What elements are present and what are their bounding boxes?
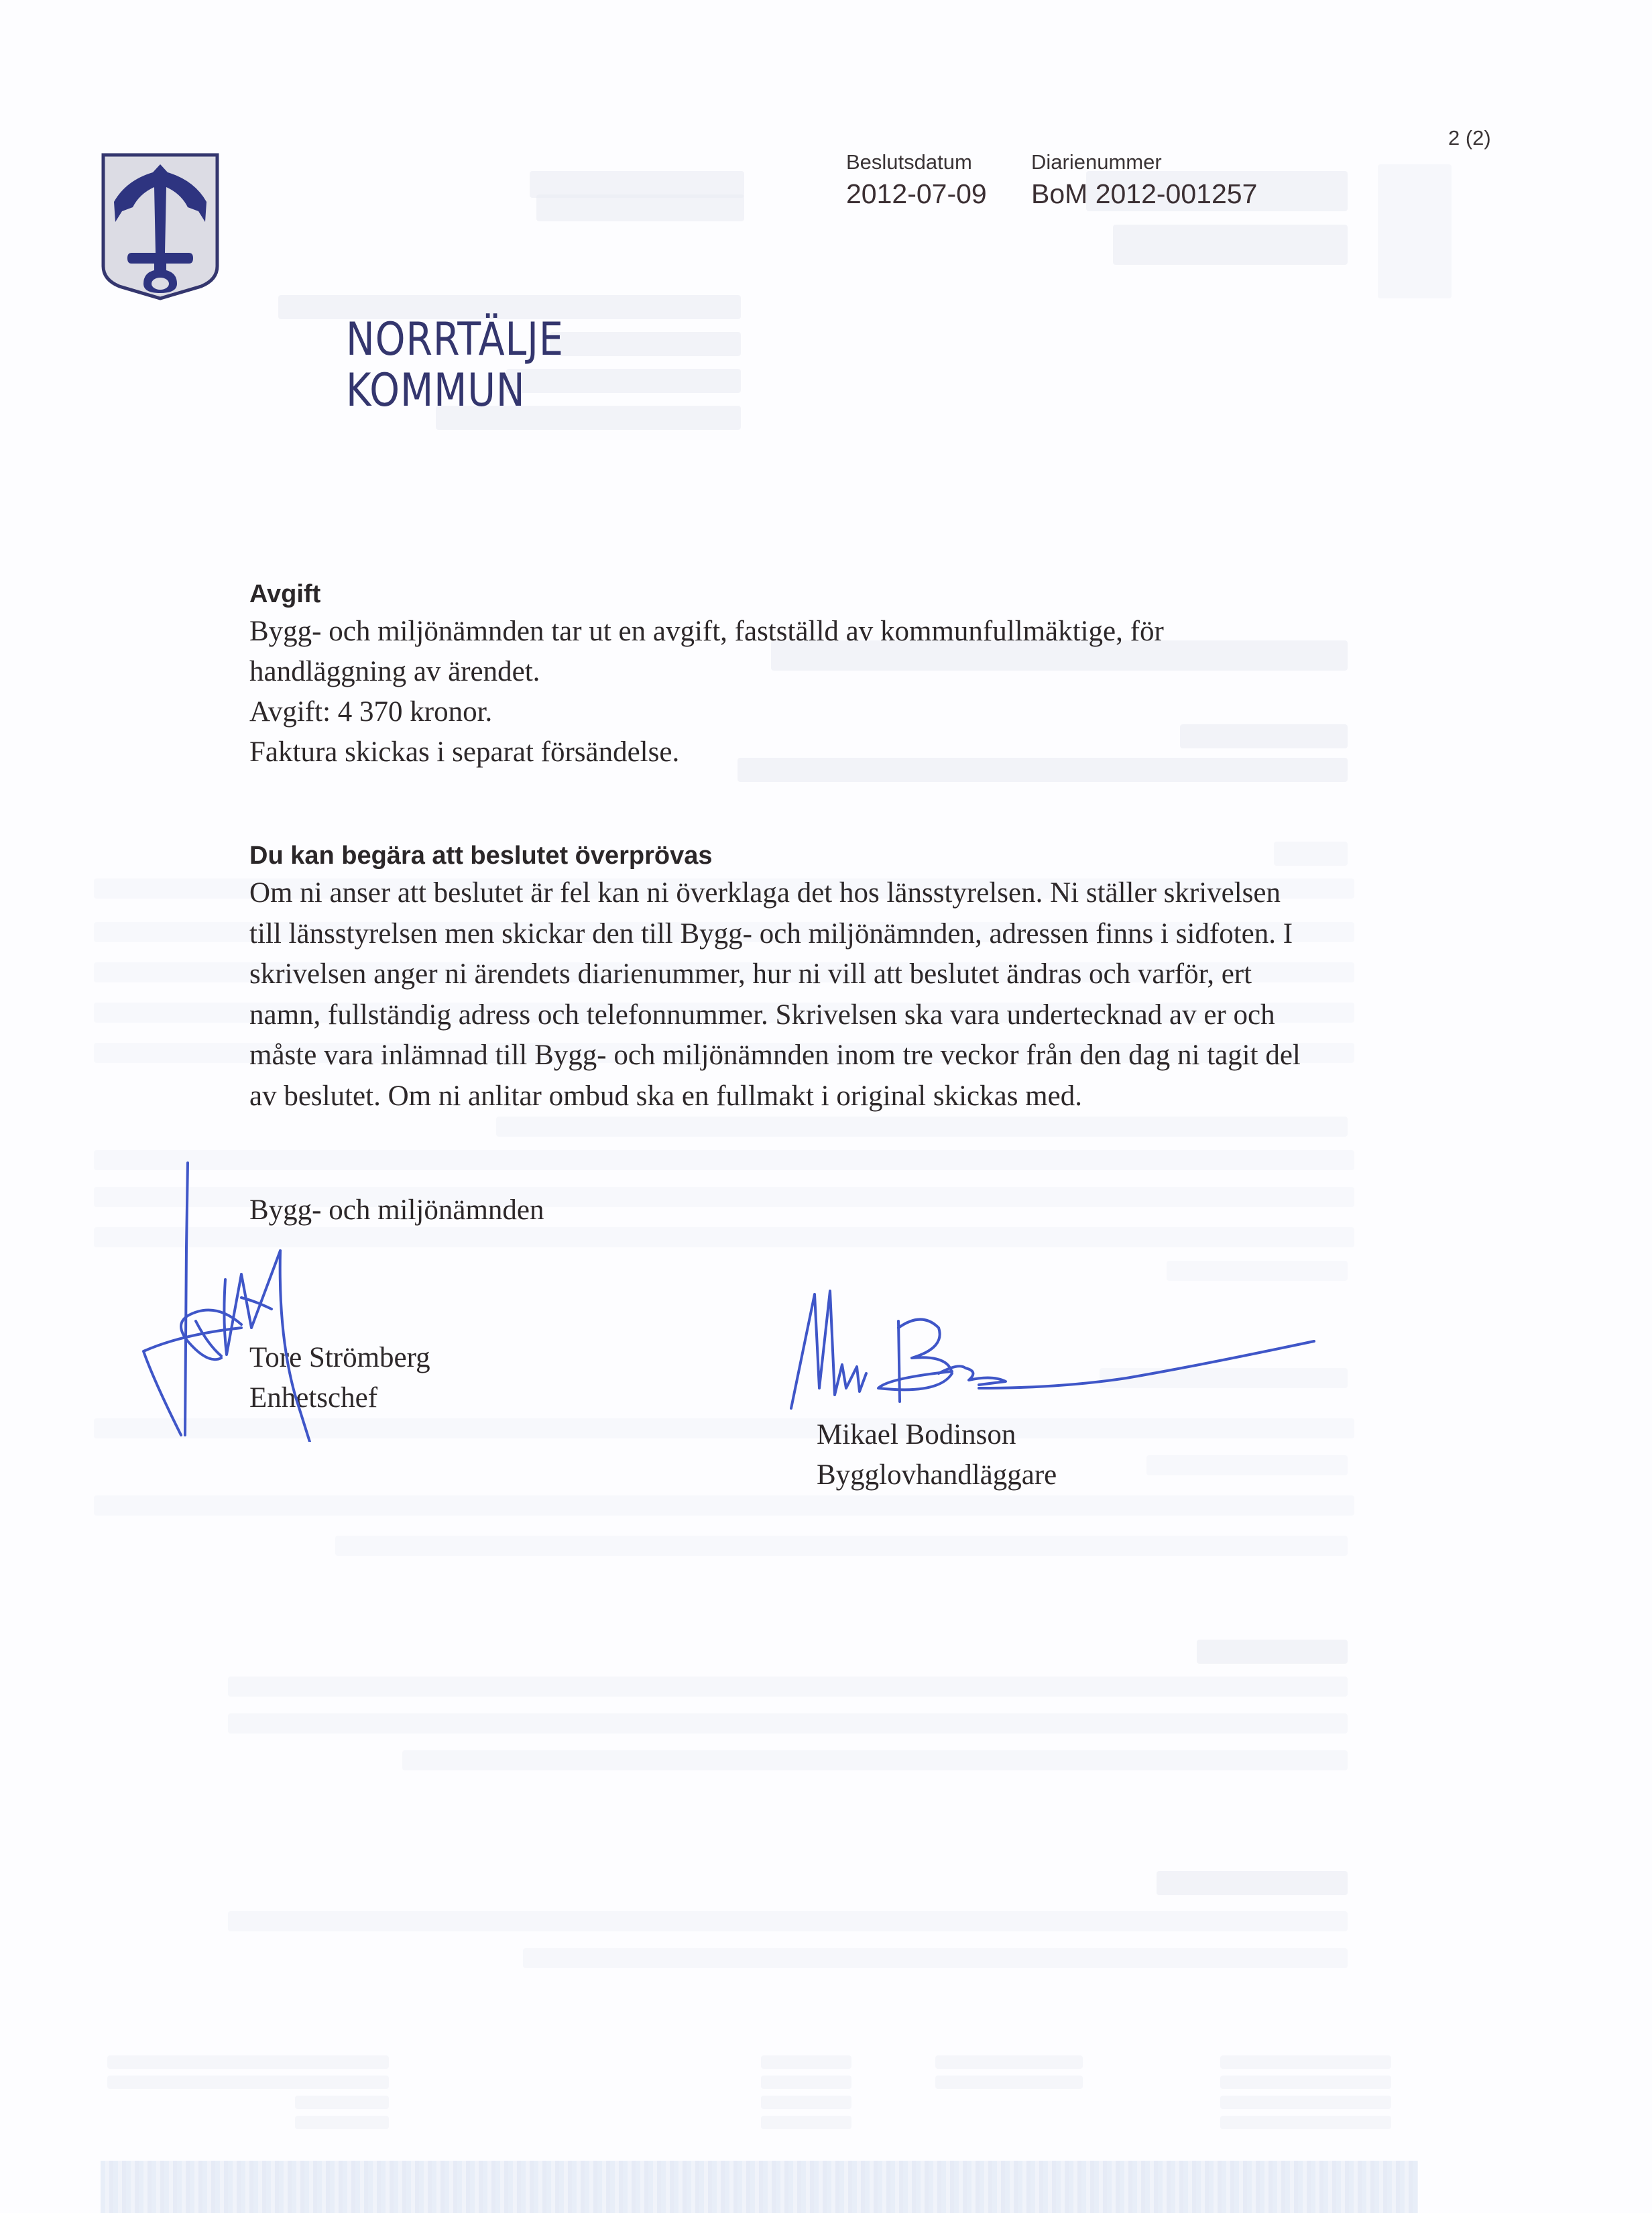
handwritten-signature-right bbox=[778, 1288, 1354, 1422]
fee-line: Bygg- och miljönämnden tar ut en avgift,… bbox=[249, 612, 1403, 652]
fee-line: Faktura skickas i separat försändelse. bbox=[249, 732, 1403, 773]
diary-number-value: BoM 2012-001257 bbox=[1031, 177, 1257, 211]
signer-title-right: Bygglovhandläggare bbox=[817, 1455, 1057, 1495]
appeal-heading: Du kan begära att beslutet överprövas bbox=[249, 838, 1563, 873]
diary-number-block: Diarienummer BoM 2012-001257 bbox=[1031, 149, 1257, 211]
appeal-line: till länsstyrelsen men skickar den till … bbox=[249, 914, 1563, 955]
organization-name-line2: KOMMUN bbox=[346, 365, 564, 416]
appeal-line: skrivelsen anger ni ärendets diarienumme… bbox=[249, 954, 1563, 995]
decision-date-block: Beslutsdatum 2012-07-09 bbox=[846, 149, 987, 211]
document-page: NORRTÄLJE KOMMUN Beslutsdatum 2012-07-09… bbox=[0, 0, 1652, 2213]
municipality-logo: NORRTÄLJE KOMMUN bbox=[101, 152, 220, 301]
decision-date-label: Beslutsdatum bbox=[846, 149, 987, 176]
organization-name: NORRTÄLJE KOMMUN bbox=[346, 315, 564, 416]
diary-number-label: Diarienummer bbox=[1031, 149, 1257, 176]
anchor-crest-icon bbox=[101, 152, 220, 301]
fee-heading: Avgift bbox=[249, 577, 1403, 612]
fee-amount: Avgift: 4 370 kronor. bbox=[249, 692, 1403, 732]
appeal-line: av beslutet. Om ni anlitar ombud ska en … bbox=[249, 1076, 1563, 1117]
organization-name-line1: NORRTÄLJE bbox=[346, 315, 564, 365]
signature-block-right: Mikael Bodinson Bygglovhandläggare bbox=[817, 1415, 1057, 1495]
signer-title-left: Enhetschef bbox=[249, 1378, 430, 1418]
decision-date-value: 2012-07-09 bbox=[846, 177, 987, 211]
signing-organization: Bygg- och miljönämnden bbox=[249, 1190, 544, 1231]
page-indicator: 2 (2) bbox=[1448, 126, 1491, 150]
fee-line: handläggning av ärendet. bbox=[249, 652, 1403, 692]
signature-block-left: Tore Strömberg Enhetschef bbox=[249, 1338, 430, 1418]
appeal-line: måste vara inlämnad till Bygg- och miljö… bbox=[249, 1035, 1563, 1076]
appeal-line: namn, fullständig adress och telefonnumm… bbox=[249, 995, 1563, 1036]
appeal-section: Du kan begära att beslutet överprövas Om… bbox=[249, 838, 1563, 1117]
fee-section: Avgift Bygg- och miljönämnden tar ut en … bbox=[249, 577, 1403, 773]
signer-name-right: Mikael Bodinson bbox=[817, 1415, 1057, 1455]
signer-name-left: Tore Strömberg bbox=[249, 1338, 430, 1378]
appeal-line: Om ni anser att beslutet är fel kan ni ö… bbox=[249, 873, 1563, 914]
